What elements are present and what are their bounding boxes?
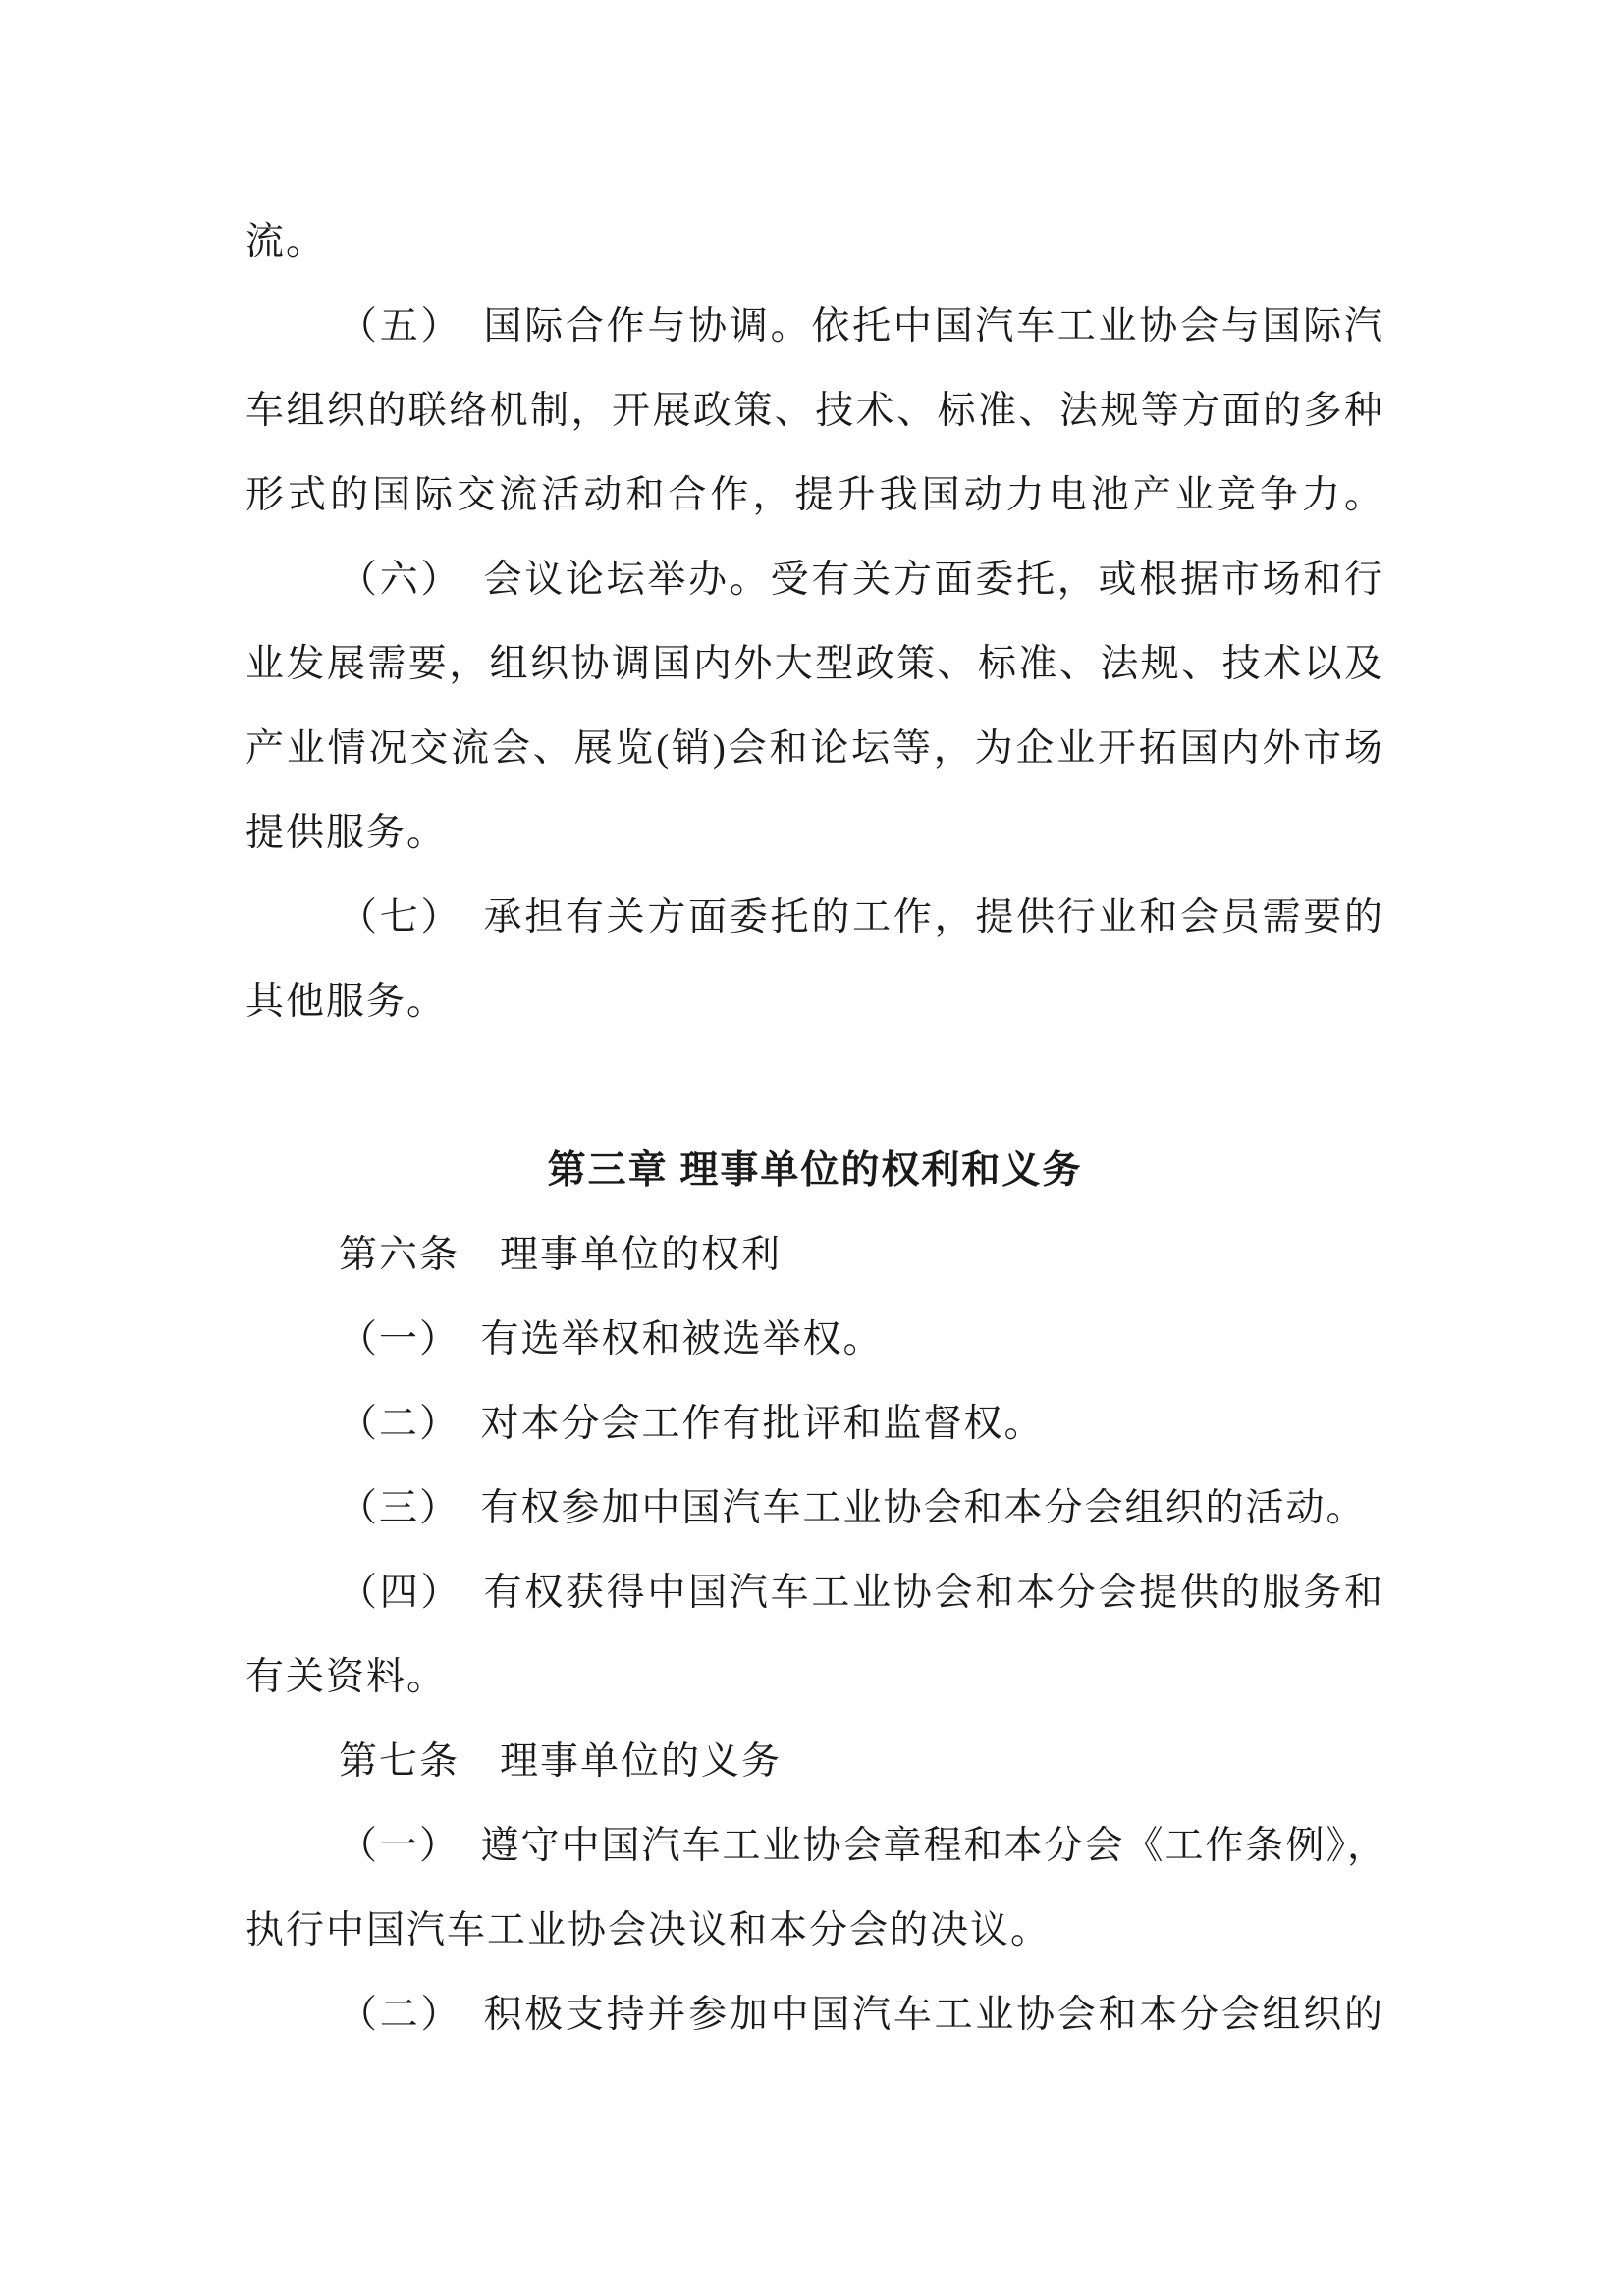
text-line: （二） 积极支持并参加中国汽车工业协会和本分会组织的 <box>245 1973 1384 2057</box>
text-line: （六） 会议论坛举办。受有关方面委托，或根据市场和行 <box>245 538 1384 622</box>
text-line: （二） 对本分会工作有批评和监督权。 <box>245 1382 1384 1467</box>
text-line: 执行中国汽车工业协会决议和本分会的决议。 <box>245 1889 1384 1973</box>
text-line: 其他服务。 <box>245 960 1384 1044</box>
text-line: 第六条 理事单位的权利 <box>245 1213 1384 1298</box>
chapter-heading: 第三章 理事单位的权利和义务 <box>245 1129 1384 1213</box>
document-content: 流。（五） 国际合作与协调。依托中国汽车工业协会与国际汽车组织的联络机制，开展政… <box>245 200 1384 2057</box>
text-line: （三） 有权参加中国汽车工业协会和本分会组织的活动。 <box>245 1467 1384 1551</box>
text-line: （四） 有权获得中国汽车工业协会和本分会提供的服务和 <box>245 1551 1384 1635</box>
text-line: 第七条 理事单位的义务 <box>245 1720 1384 1804</box>
text-line: 提供服务。 <box>245 791 1384 876</box>
text-line: （五） 国际合作与协调。依托中国汽车工业协会与国际汽 <box>245 285 1384 369</box>
text-line: （一） 有选举权和被选举权。 <box>245 1298 1384 1382</box>
text-line: 流。 <box>245 200 1384 285</box>
text-line: （七） 承担有关方面委托的工作，提供行业和会员需要的 <box>245 876 1384 960</box>
text-line: 车组织的联络机制，开展政策、技术、标准、法规等方面的多种 <box>245 369 1384 454</box>
text-line: 产业情况交流会、展览(销)会和论坛等，为企业开拓国内外市场 <box>245 707 1384 791</box>
document-page: 流。（五） 国际合作与协调。依托中国汽车工业协会与国际汽车组织的联络机制，开展政… <box>0 0 1624 2296</box>
blank-line <box>245 1044 1384 1129</box>
text-line: 有关资料。 <box>245 1635 1384 1720</box>
text-line: （一） 遵守中国汽车工业协会章程和本分会《工作条例》， <box>245 1804 1384 1889</box>
text-line: 业发展需要，组织协调国内外大型政策、标准、法规、技术以及 <box>245 622 1384 707</box>
text-line: 形式的国际交流活动和合作，提升我国动力电池产业竞争力。 <box>245 454 1384 538</box>
